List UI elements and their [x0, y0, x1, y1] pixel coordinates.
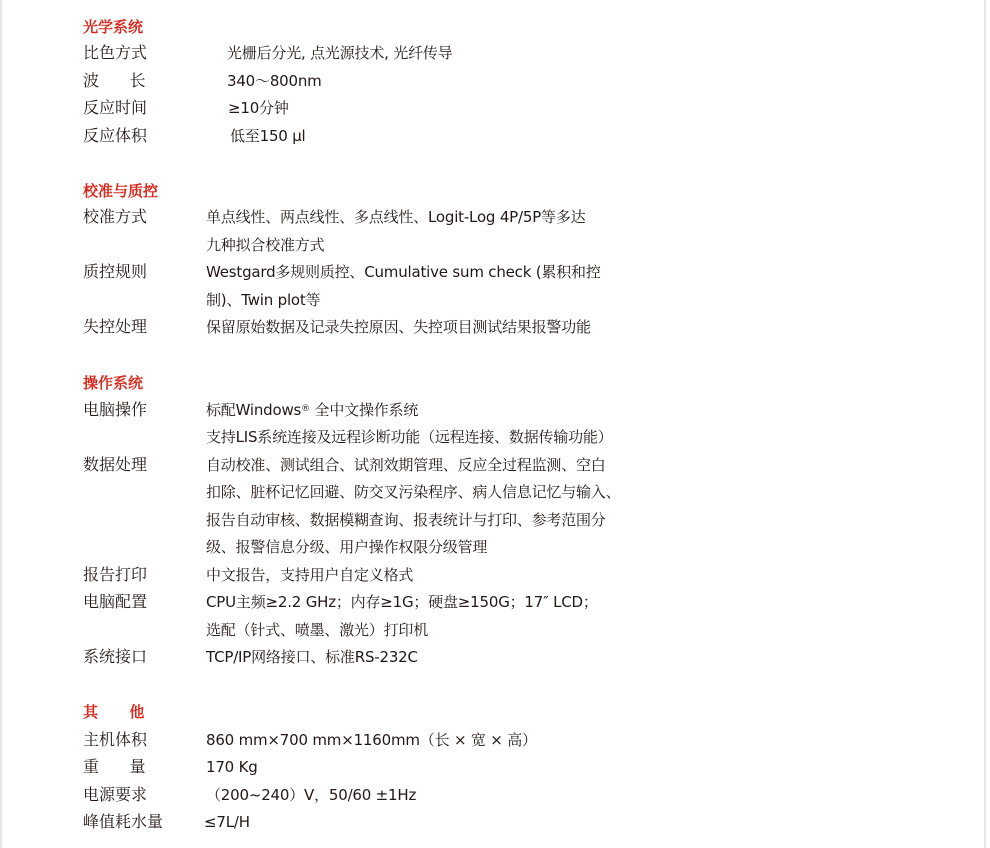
spec-value: 标配Windows® 全中文操作系统	[206, 400, 418, 420]
spec-label: 反应体积	[83, 126, 147, 146]
spec-value: Westgard多规则质控、Cumulative sum check (累积和控	[206, 262, 601, 282]
spec-label: 电脑操作	[83, 400, 147, 420]
spec-value: 保留原始数据及记录失控原因、失控项目测试结果报警功能	[206, 317, 591, 337]
spec-value: ≥10分钟	[228, 98, 289, 118]
spec-label: 比色方式	[83, 43, 147, 63]
spec-page: 光学系统 比色方式 光栅后分光, 点光源技术, 光纤传导 波 长 340～800…	[0, 0, 986, 848]
spec-value: 860 mm×700 mm×1160mm（长 × 宽 × 高）	[206, 730, 537, 750]
spec-value: 制)、Twin plot等	[206, 290, 320, 310]
spec-label: 系统接口	[83, 647, 147, 667]
spec-value: ≤7L/H	[204, 812, 250, 832]
spec-value-text: 全中文操作系统	[310, 401, 418, 419]
spec-label: 质控规则	[83, 262, 147, 282]
registered-mark: ®	[301, 404, 310, 414]
spec-value: 340～800nm	[227, 71, 322, 91]
spec-value: 自动校准、测试组合、试剂效期管理、反应全过程监测、空白	[206, 455, 606, 475]
spec-label: 失控处理	[83, 317, 147, 337]
spec-value: 九种拟合校准方式	[206, 235, 324, 255]
spec-value: 扣除、脏杯记忆回避、防交叉污染程序、病人信息记忆与输入、	[206, 482, 620, 502]
spec-value: 选配（针式、喷墨、激光）打印机	[206, 620, 428, 640]
spec-value: TCP/IP网络接口、标准RS-232C	[206, 647, 418, 667]
spec-value: 170 Kg	[206, 757, 258, 777]
spec-value: 低至150 μl	[230, 126, 306, 146]
spec-label: 波 长	[83, 71, 146, 91]
spec-value: 支持LIS系统连接及远程诊断功能（远程连接、数据传输功能）	[206, 427, 613, 447]
spec-sheet: 光学系统 比色方式 光栅后分光, 点光源技术, 光纤传导 波 长 340～800…	[2, 0, 984, 848]
spec-label: 电源要求	[83, 785, 147, 805]
spec-value: 单点线性、两点线性、多点线性、Logit-Log 4P/5P等多达	[206, 207, 585, 227]
spec-value: 级、报警信息分级、用户操作权限分级管理	[206, 537, 487, 557]
spec-label: 反应时间	[83, 98, 147, 118]
spec-label: 校准方式	[83, 207, 147, 227]
spec-value: CPU主频≥2.2 GHz；内存≥1G；硬盘≥150G；17″ LCD；	[206, 592, 598, 612]
section-heading-calibration: 校准与质控	[83, 181, 158, 201]
spec-label: 重 量	[83, 757, 146, 777]
spec-value-text: 标配Windows	[206, 401, 301, 419]
spec-label: 电脑配置	[83, 592, 147, 612]
spec-label: 主机体积	[83, 730, 147, 750]
spec-value: 光栅后分光, 点光源技术, 光纤传导	[227, 43, 452, 63]
section-heading-operating-system: 操作系统	[83, 373, 143, 393]
spec-label: 数据处理	[83, 455, 147, 475]
spec-label: 峰值耗水量	[83, 812, 163, 832]
spec-label: 报告打印	[83, 565, 147, 585]
section-heading-other: 其 他	[83, 702, 144, 722]
spec-value: 中文报告，支持用户自定义格式	[206, 565, 413, 585]
spec-value: （200~240）V，50/60 ±1Hz	[206, 785, 416, 805]
section-heading-optical: 光学系统	[83, 17, 143, 37]
spec-value: 报告自动审核、数据模糊查询、报表统计与打印、参考范围分	[206, 510, 606, 530]
